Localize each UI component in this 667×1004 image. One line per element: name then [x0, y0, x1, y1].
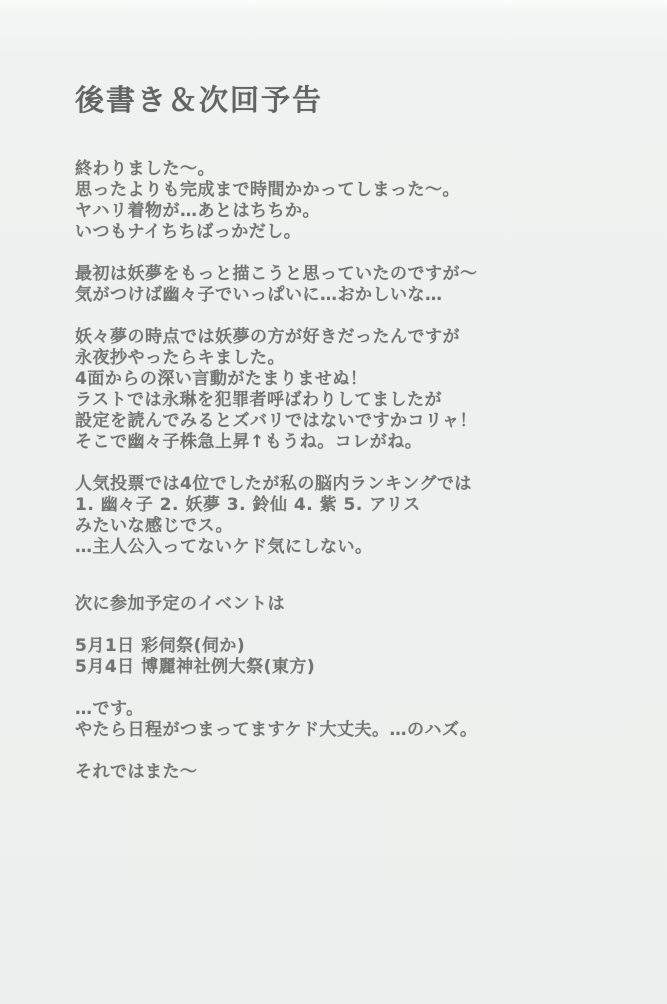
text-line: 人気投票では4位でしたが私の脳内ランキングでは [75, 474, 605, 495]
text-line: いつもナイちちばっかだし。 [75, 222, 605, 243]
text-line: やたら日程がつまってますケド大丈夫。…のハズ。 [75, 720, 605, 741]
text-line: 設定を読んでみるとズバリではないですかコリャ！ [75, 411, 605, 432]
text-line: それではまた～ [75, 762, 605, 783]
text-line: 最初は妖夢をもっと描こうと思っていたのですが～ [75, 264, 605, 285]
paragraph: それではまた～ [75, 762, 605, 783]
text-line: 1. 幽々子 2. 妖夢 3. 鈴仙 4. 紫 5. アリス [75, 495, 605, 516]
text-line: 妖々夢の時点では妖夢の方が好きだったんですが [75, 327, 605, 348]
paragraph: 次に参加予定のイベントは [75, 594, 605, 615]
text-line: みたいな感じでス。 [75, 516, 605, 537]
text-line: 4面からの深い言動がたまりませぬ！ [75, 369, 605, 390]
text-line: 5月1日 彩伺祭(伺か) [75, 636, 605, 657]
paragraph: 妖々夢の時点では妖夢の方が好きだったんですが永夜抄やったらキました。4面からの深… [75, 327, 605, 453]
paragraph: …です。やたら日程がつまってますケド大丈夫。…のハズ。 [75, 699, 605, 741]
text-line: …です。 [75, 699, 605, 720]
paragraph: 終わりました～。思ったよりも完成まで時間かかってしまった～。ヤハリ着物が…あとは… [75, 159, 605, 243]
text-line: そこで幽々子株急上昇↑もうね。コレがね。 [75, 432, 605, 453]
text-line: 次に参加予定のイベントは [75, 594, 605, 615]
page-content: 後書き＆次回予告 終わりました～。思ったよりも完成まで時間かかってしまった～。ヤ… [75, 78, 605, 804]
scanned-page: 後書き＆次回予告 終わりました～。思ったよりも完成まで時間かかってしまった～。ヤ… [0, 0, 667, 1004]
text-line: 終わりました～。 [75, 159, 605, 180]
text-line: ヤハリ着物が…あとはちちか。 [75, 201, 605, 222]
text-line: 思ったよりも完成まで時間かかってしまった～。 [75, 180, 605, 201]
paragraph: 人気投票では4位でしたが私の脳内ランキングでは1. 幽々子 2. 妖夢 3. 鈴… [75, 474, 605, 558]
text-line: …主人公入ってないケド気にしない。 [75, 537, 605, 558]
paragraph: 5月1日 彩伺祭(伺か)5月4日 博麗神社例大祭(東方) [75, 636, 605, 678]
text-line: 気がつけば幽々子でいっぱいに…おかしいな… [75, 285, 605, 306]
text-line: 5月4日 博麗神社例大祭(東方) [75, 657, 605, 678]
paragraph: 最初は妖夢をもっと描こうと思っていたのですが～気がつけば幽々子でいっぱいに…おか… [75, 264, 605, 306]
page-title: 後書き＆次回予告 [75, 78, 605, 119]
page-body: 終わりました～。思ったよりも完成まで時間かかってしまった～。ヤハリ着物が…あとは… [75, 159, 605, 783]
text-line: 永夜抄やったらキました。 [75, 348, 605, 369]
text-line: ラストでは永琳を犯罪者呼ばわりしてましたが [75, 390, 605, 411]
